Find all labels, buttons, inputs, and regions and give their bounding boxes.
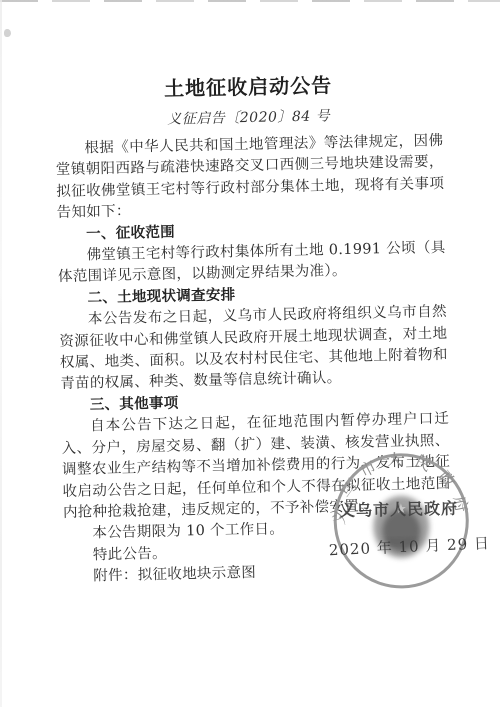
document-number: 义征启告〔2020〕84 号 (55, 105, 443, 131)
section-2-paragraph: 本公告发布之日起，义乌市人民政府将组织义乌市自然资源征收中心和佛堂镇人民政府开展… (59, 302, 449, 396)
issuing-authority-name: 义乌市人民政府 (339, 495, 469, 521)
intro-paragraph: 根据《中华人民共和国土地管理法》等法律规定，因佛堂镇朝阳西路与疏港快速路交叉口西… (55, 131, 445, 225)
page-title: 土地征收启动公告 (54, 70, 442, 104)
document-content: 土地征收启动公告 义征启告〔2020〕84 号 根据《中华人民共和国土地管理法》… (0, 0, 500, 707)
scanned-announcement-page: 土地征收启动公告 义征启告〔2020〕84 号 根据《中华人民共和国土地管理法》… (0, 0, 500, 707)
